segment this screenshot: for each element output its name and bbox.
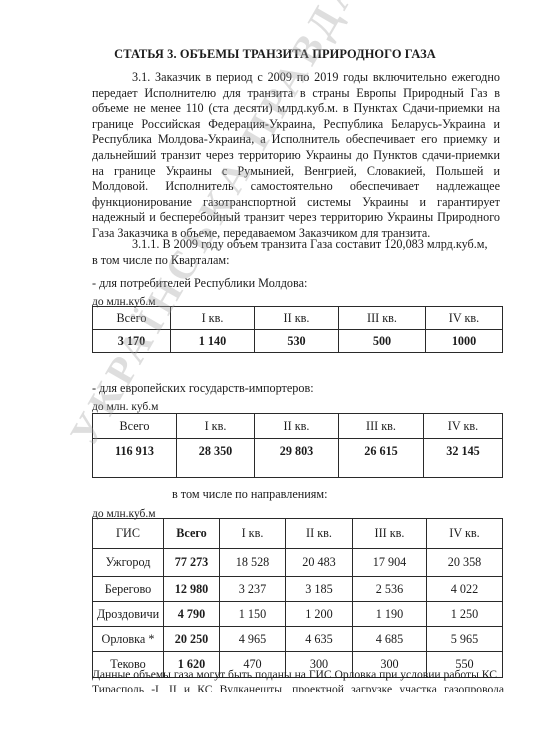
value-cell: 32 145 bbox=[424, 439, 503, 478]
gis-name: Орловка * bbox=[93, 627, 164, 652]
value-cell: 3 237 bbox=[220, 577, 286, 602]
document-page: СТАТЬЯ 3. ОБЪЕМЫ ТРАНЗИТА ПРИРОДНОГО ГАЗ… bbox=[0, 0, 550, 748]
footnote-line-2: Тирасполь -I, II и КС Вулканешты, проект… bbox=[92, 683, 504, 692]
header-cell: Всего bbox=[93, 307, 171, 330]
gis-name: Дроздовичи bbox=[93, 602, 164, 627]
table-row: Орловка * 20 250 4 965 4 635 4 685 5 965 bbox=[93, 627, 503, 652]
directions-heading: в том числе по направлениям: bbox=[172, 487, 327, 502]
moldova-table: Всего I кв. II кв. III кв. IV кв. 3 170 … bbox=[92, 306, 503, 353]
value-cell: 500 bbox=[339, 330, 426, 353]
value-cell: 1 250 bbox=[427, 602, 503, 627]
table-row: Берегово 12 980 3 237 3 185 2 536 4 022 bbox=[93, 577, 503, 602]
value-cell: 28 350 bbox=[177, 439, 255, 478]
value-cell: 4 790 bbox=[164, 602, 220, 627]
footnote-line-1: Данные объемы газа могут быть поданы на … bbox=[92, 668, 504, 683]
value-cell: 1000 bbox=[426, 330, 503, 353]
header-cell: IV кв. bbox=[427, 519, 503, 549]
table-header-row: ГИС Всего I кв. II кв. III кв. IV кв. bbox=[93, 519, 503, 549]
value-cell: 17 904 bbox=[353, 549, 427, 577]
paragraph-3-1-1-cont: в том числе по Кварталам: bbox=[92, 253, 230, 268]
table-row: 3 170 1 140 530 500 1000 bbox=[93, 330, 503, 353]
directions-table: ГИС Всего I кв. II кв. III кв. IV кв. Уж… bbox=[92, 518, 503, 678]
paragraph-3-1: 3.1. Заказчик в период с 2009 по 2019 го… bbox=[92, 70, 500, 242]
header-cell: III кв. bbox=[339, 307, 426, 330]
footnote: Данные объемы газа могут быть поданы на … bbox=[92, 668, 504, 692]
header-cell: I кв. bbox=[171, 307, 255, 330]
table-row: 116 913 28 350 29 803 26 615 32 145 bbox=[93, 439, 503, 478]
header-cell: II кв. bbox=[255, 307, 339, 330]
gis-name: Берегово bbox=[93, 577, 164, 602]
paragraph-3-1-1: 3.1.1. В 2009 году объем транзита Газа с… bbox=[132, 237, 488, 252]
value-cell: 26 615 bbox=[339, 439, 424, 478]
value-cell: 1 150 bbox=[220, 602, 286, 627]
article-title: СТАТЬЯ 3. ОБЪЕМЫ ТРАНЗИТА ПРИРОДНОГО ГАЗ… bbox=[0, 47, 550, 62]
value-cell: 29 803 bbox=[255, 439, 339, 478]
value-cell: 1 200 bbox=[286, 602, 353, 627]
value-cell: 116 913 bbox=[93, 439, 177, 478]
table-header-row: Всего I кв. II кв. III кв. IV кв. bbox=[93, 414, 503, 439]
header-cell: II кв. bbox=[286, 519, 353, 549]
value-cell: 530 bbox=[255, 330, 339, 353]
value-cell: 1 190 bbox=[353, 602, 427, 627]
header-cell: Всего bbox=[93, 414, 177, 439]
table-row: Ужгород 77 273 18 528 20 483 17 904 20 3… bbox=[93, 549, 503, 577]
gis-name: Ужгород bbox=[93, 549, 164, 577]
moldova-heading: - для потребителей Республики Молдова: bbox=[92, 276, 307, 291]
table-header-row: Всего I кв. II кв. III кв. IV кв. bbox=[93, 307, 503, 330]
value-cell: 4 022 bbox=[427, 577, 503, 602]
header-cell: III кв. bbox=[339, 414, 424, 439]
value-cell: 20 358 bbox=[427, 549, 503, 577]
value-cell: 3 170 bbox=[93, 330, 171, 353]
europe-table: Всего I кв. II кв. III кв. IV кв. 116 91… bbox=[92, 413, 503, 478]
value-cell: 2 536 bbox=[353, 577, 427, 602]
value-cell: 20 483 bbox=[286, 549, 353, 577]
value-cell: 4 685 bbox=[353, 627, 427, 652]
europe-heading: - для европейских государств-импортеров: bbox=[92, 381, 314, 396]
value-cell: 1 140 bbox=[171, 330, 255, 353]
value-cell: 18 528 bbox=[220, 549, 286, 577]
header-cell: ГИС bbox=[93, 519, 164, 549]
header-cell: III кв. bbox=[353, 519, 427, 549]
value-cell: 5 965 bbox=[427, 627, 503, 652]
value-cell: 77 273 bbox=[164, 549, 220, 577]
value-cell: 4 965 bbox=[220, 627, 286, 652]
europe-unit: до млн. куб.м bbox=[92, 401, 158, 413]
value-cell: 12 980 bbox=[164, 577, 220, 602]
header-cell: II кв. bbox=[255, 414, 339, 439]
header-cell: I кв. bbox=[220, 519, 286, 549]
table-row: Дроздовичи 4 790 1 150 1 200 1 190 1 250 bbox=[93, 602, 503, 627]
value-cell: 20 250 bbox=[164, 627, 220, 652]
value-cell: 3 185 bbox=[286, 577, 353, 602]
header-cell: I кв. bbox=[177, 414, 255, 439]
header-cell: IV кв. bbox=[424, 414, 503, 439]
header-cell: IV кв. bbox=[426, 307, 503, 330]
header-cell: Всего bbox=[164, 519, 220, 549]
value-cell: 4 635 bbox=[286, 627, 353, 652]
